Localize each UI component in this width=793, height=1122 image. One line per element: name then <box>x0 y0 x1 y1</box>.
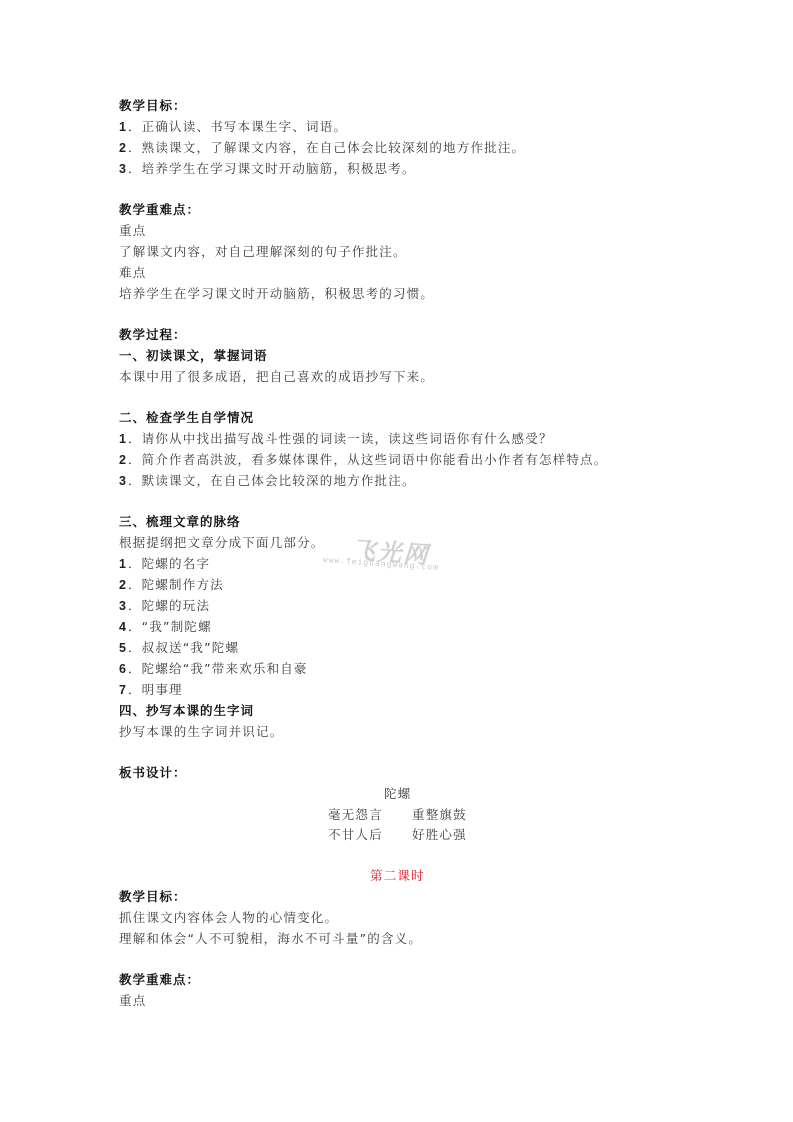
board-title: 陀螺 <box>384 784 411 804</box>
step3-item: 5．叔叔送“我”陀螺 <box>119 638 239 658</box>
step3-item: 6．陀螺给“我”带来欢乐和自豪 <box>119 659 308 679</box>
step1-text: 本课中用了很多成语，把自己喜欢的成语抄写下来。 <box>119 367 434 387</box>
key-text: 了解课文内容，对自己理解深刻的句子作批注。 <box>119 242 407 262</box>
lesson2-goals-heading: 教学目标： <box>119 887 187 907</box>
step3-title: 三、梳理文章的脉络 <box>119 512 241 532</box>
goal-item: 1．正确认读、书写本课生字、词语。 <box>119 117 347 137</box>
step3-item: 7．明事理 <box>119 680 183 700</box>
lesson2-key-label: 重点 <box>119 991 146 1011</box>
board-word: 不甘人后 <box>328 825 383 845</box>
lesson2-title: 第二课时 <box>370 866 425 886</box>
goal-item: 2．熟读课文，了解课文内容，在自己体会比较深刻的地方作批注。 <box>119 138 525 158</box>
step2-item: 3．默读课文，在自己体会比较深的地方作批注。 <box>119 471 416 491</box>
key-label: 重点 <box>119 221 146 241</box>
step2-item: 1．请你从中找出描写战斗性强的词读一读，读这些词语你有什么感受？ <box>119 429 553 449</box>
step2-title: 二、检查学生自学情况 <box>119 408 254 428</box>
lesson2-difficulties-heading: 教学重难点： <box>119 970 200 990</box>
lesson2-goal: 抓住课文内容体会人物的心情变化。 <box>119 908 338 928</box>
process-heading: 教学过程： <box>119 325 187 345</box>
lesson2-goal: 理解和体会“人不可貌相，海水不可斗量”的含义。 <box>119 929 422 949</box>
step4-title: 四、抄写本课的生字词 <box>119 701 254 721</box>
step3-item: 3．陀螺的玩法 <box>119 596 210 616</box>
step3-item: 1．陀螺的名字 <box>119 554 210 574</box>
step2-item: 2．简介作者高洪波，看多媒体课件，从这些词语中你能看出小作者有怎样特点。 <box>119 450 607 470</box>
step3-item: 2．陀螺制作方法 <box>119 575 224 595</box>
board-word: 好胜心强 <box>412 825 467 845</box>
difficulties-heading: 教学重难点： <box>119 200 200 220</box>
board-word: 重整旗鼓 <box>412 805 467 825</box>
step1-title: 一、初读课文，掌握词语 <box>119 346 268 366</box>
goal-item: 3．培养学生在学习课文时开动脑筋，积极思考。 <box>119 159 416 179</box>
step4-text: 抄写本课的生字词并识记。 <box>119 722 283 742</box>
goals-heading: 教学目标： <box>119 96 187 116</box>
step3-text: 根据提纲把文章分成下面几部分。 <box>119 533 325 553</box>
board-heading: 板书设计： <box>119 763 187 783</box>
step3-item: 4．“我”制陀螺 <box>119 617 212 637</box>
watermark: 飞光网 www.feiguangwang.com <box>321 528 465 598</box>
hard-text: 培养学生在学习课文时开动脑筋，积极思考的习惯。 <box>119 284 434 304</box>
hard-label: 难点 <box>119 263 146 283</box>
board-word: 毫无怨言 <box>328 805 383 825</box>
